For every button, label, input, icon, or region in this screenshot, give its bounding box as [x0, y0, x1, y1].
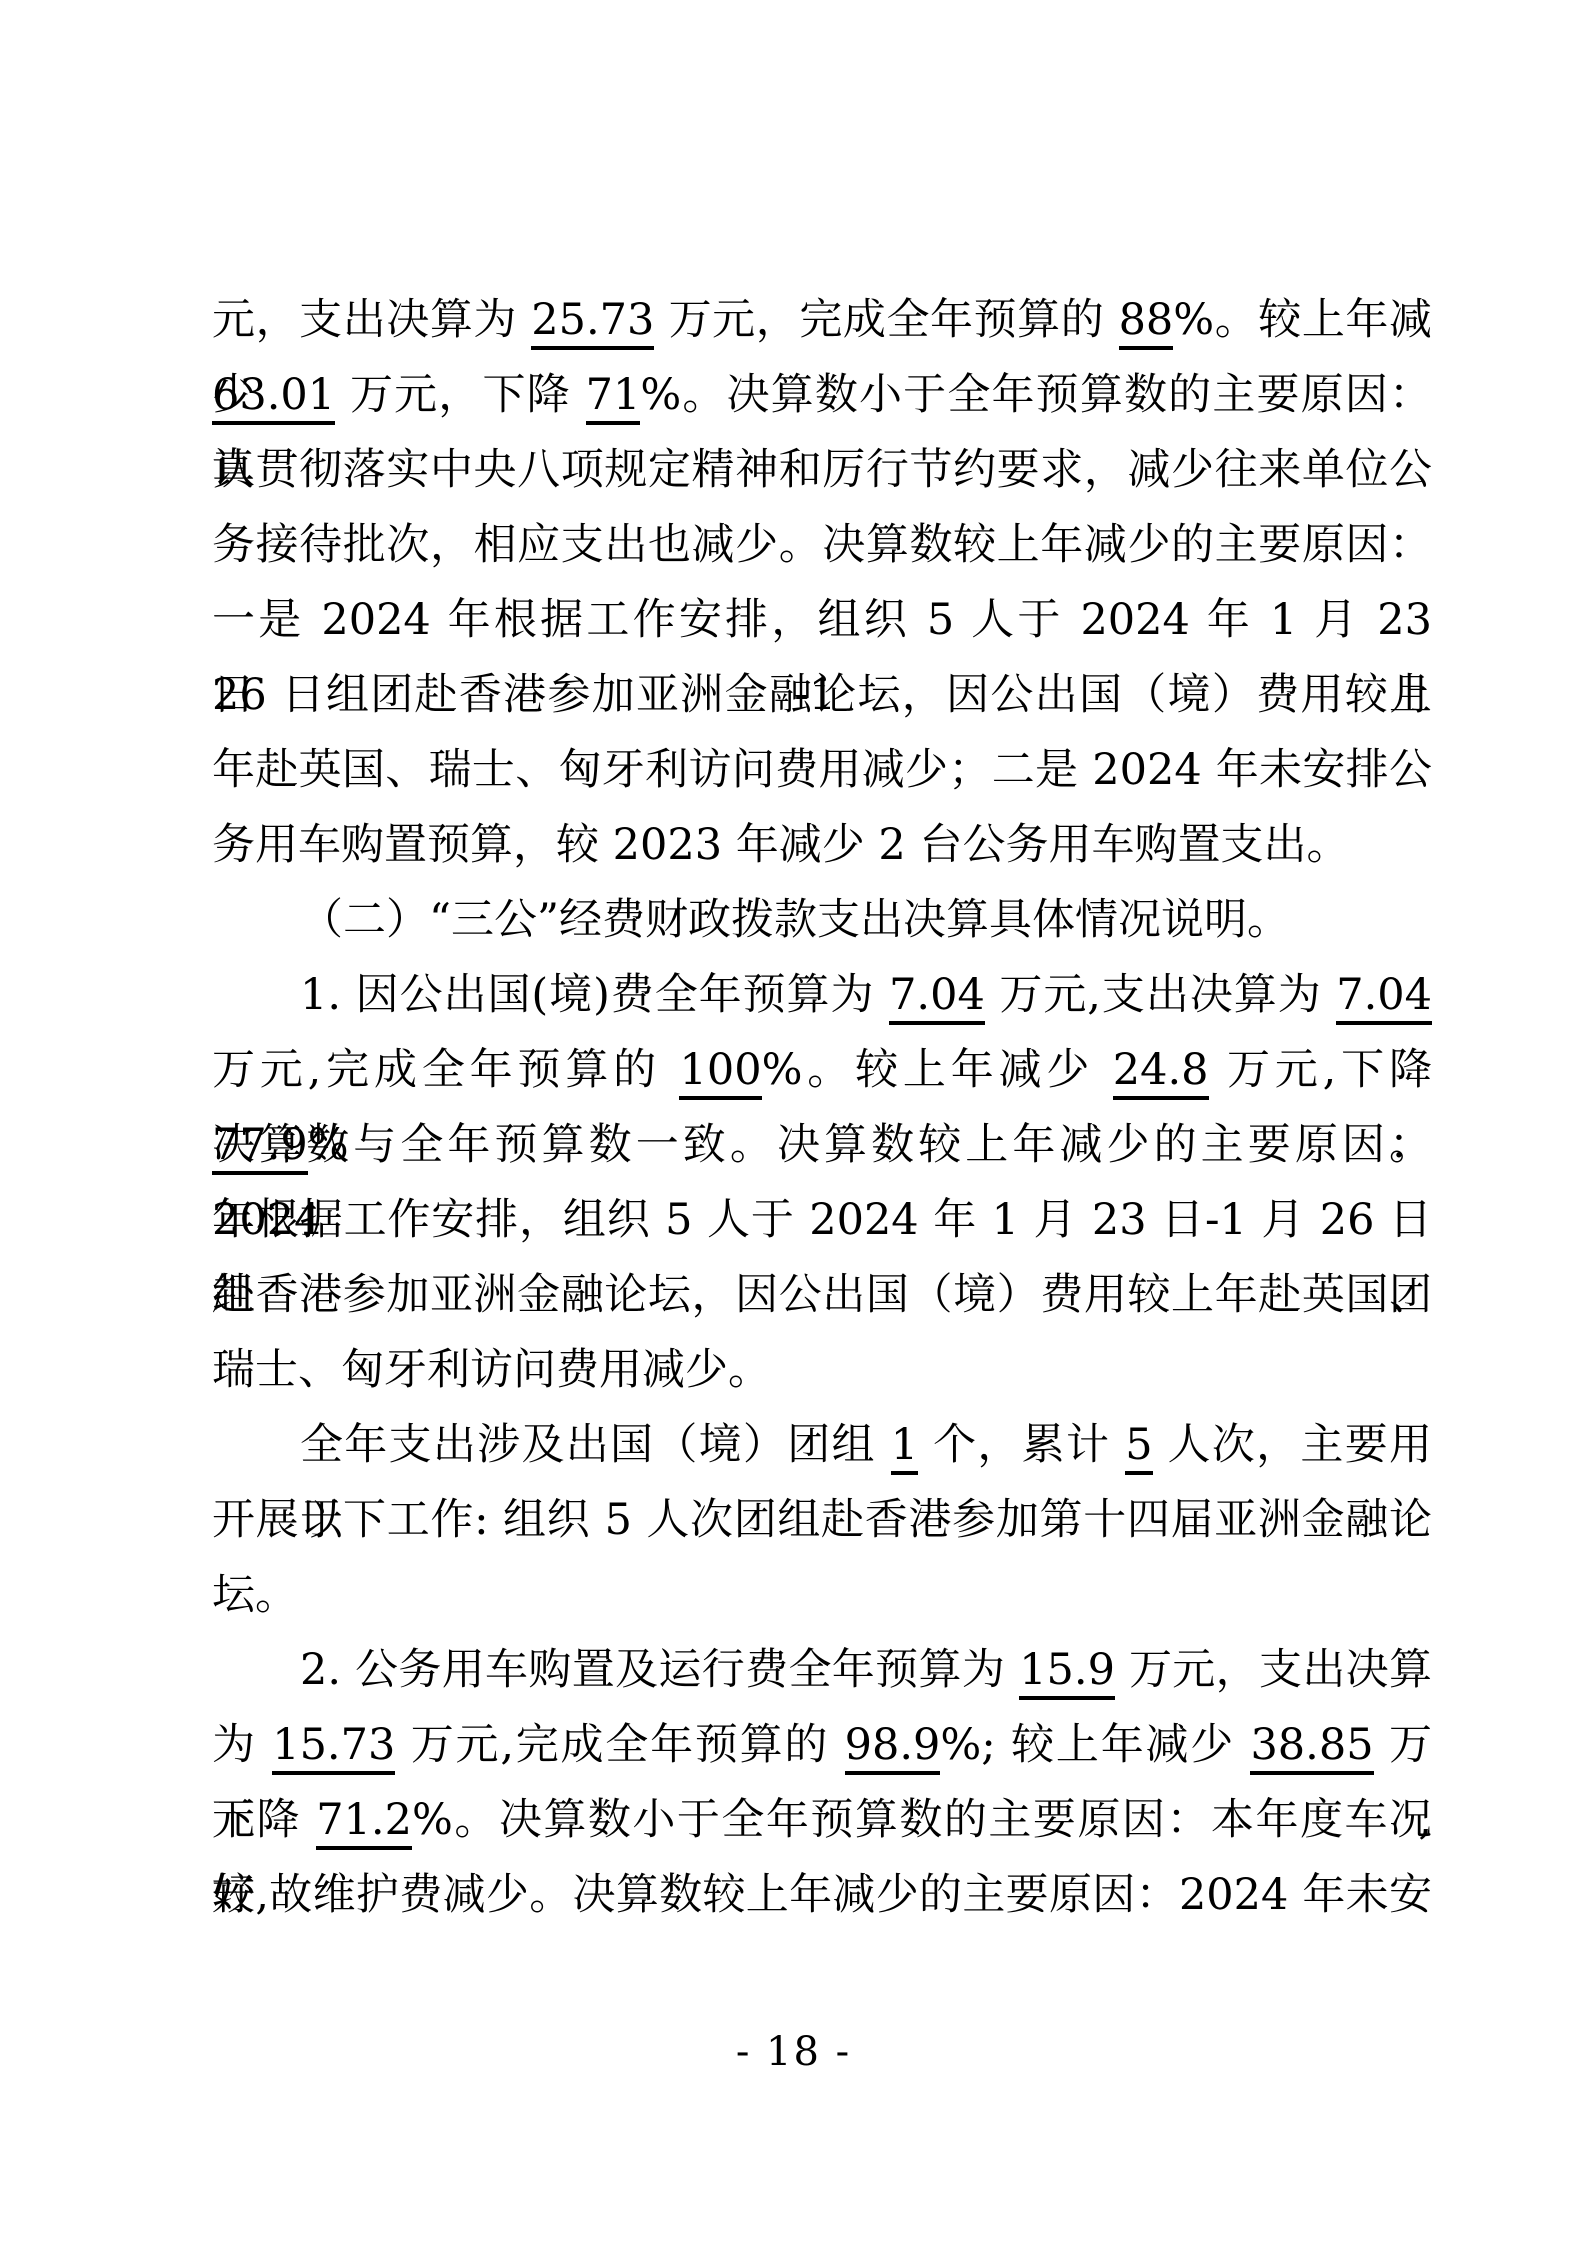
text-segment: 年赴英国、瑞士、匈牙利访问费用减少；二是 2024 年未安排公: [212, 745, 1432, 795]
underlined-value: 71.2: [316, 1795, 412, 1850]
text-line: 务接待批次，相应支出也减少。决算数较上年减少的主要原因：: [212, 508, 1432, 583]
text-segment: 元，支出决算为: [212, 295, 531, 345]
text-line: 务用车购置预算，较 2023 年减少 2 台公务用车购置支出。: [212, 808, 1432, 883]
text-line: 坛。: [212, 1558, 1432, 1633]
text-line: 26 日组团赴香港参加亚洲金融论坛，因公出国（境）费用较上: [212, 658, 1432, 733]
text-segment: 万元,完成全年预算的: [395, 1720, 844, 1770]
underlined-value: 5: [1125, 1420, 1152, 1475]
text-line: 开展以下工作: 组织 5 人次团组赴香港参加第十四届亚洲金融论: [212, 1483, 1432, 1558]
text-segment: 真贯彻落实中央八项规定精神和厉行节约要求，减少往来单位公: [212, 445, 1432, 495]
text-line: 一是 2024 年根据工作安排，组织 5 人于 2024 年 1 月 23 日-…: [212, 583, 1432, 658]
text-line: 下降 71.2%。决算数小于全年预算数的主要原因：本年度车况较: [212, 1783, 1432, 1858]
text-segment: 个，累计: [918, 1420, 1125, 1470]
text-segment: 万元,下降: [1209, 1045, 1433, 1095]
text-line: 2. 公务用车购置及运行费全年预算为 15.9 万元，支出决算: [212, 1633, 1432, 1708]
text-segment: 为: [212, 1720, 272, 1770]
document-body: 元，支出决算为 25.73 万元，完成全年预算的 88%。较上年减少63.01 …: [212, 283, 1432, 1933]
text-segment: 26 日组团赴香港参加亚洲金融论坛，因公出国（境）费用较上: [212, 670, 1432, 720]
text-segment: 下降: [212, 1795, 316, 1845]
text-line: 1. 因公出国(境)费全年预算为 7.04 万元,支出决算为 7.04: [212, 958, 1432, 1033]
text-segment: 瑞士、匈牙利访问费用减少。: [212, 1345, 771, 1395]
underlined-value: 24.8: [1113, 1045, 1209, 1100]
text-line: 万元,完成全年预算的 100%。较上年减少 24.8 万元,下降 77.9%。: [212, 1033, 1432, 1108]
text-segment: 1. 因公出国(境)费全年预算为: [300, 970, 889, 1020]
text-segment: 好,故维护费减少。决算数较上年减少的主要原因：2024 年未安: [212, 1870, 1432, 1920]
text-segment: 万元,完成全年预算的: [212, 1045, 679, 1095]
text-segment: 开展以下工作: 组织 5 人次团组赴香港参加第十四届亚洲金融论: [212, 1495, 1432, 1545]
text-line: 瑞士、匈牙利访问费用减少。: [212, 1333, 1432, 1408]
text-segment: 全年支出涉及出国（境）团组: [300, 1420, 891, 1470]
document-page: 元，支出决算为 25.73 万元，完成全年预算的 88%。较上年减少63.01 …: [0, 0, 1587, 2245]
text-segment: %; 较上年减少: [940, 1720, 1250, 1770]
underlined-value: 7.04: [1336, 970, 1432, 1025]
underlined-value: 38.85: [1250, 1720, 1373, 1775]
text-line: 63.01 万元，下降 71%。决算数小于全年预算数的主要原因：认: [212, 358, 1432, 433]
text-line: 年赴英国、瑞士、匈牙利访问费用减少；二是 2024 年未安排公: [212, 733, 1432, 808]
text-segment: 务用车购置预算，较 2023 年减少 2 台公务用车购置支出。: [212, 820, 1349, 870]
underlined-value: 15.9: [1019, 1645, 1115, 1700]
text-line: 元，支出决算为 25.73 万元，完成全年预算的 88%。较上年减少: [212, 283, 1432, 358]
underlined-value: 88: [1119, 295, 1174, 350]
underlined-value: 71: [586, 370, 641, 425]
text-segment: 务接待批次，相应支出也减少。决算数较上年减少的主要原因：: [212, 520, 1432, 570]
underlined-value: 25.73: [531, 295, 654, 350]
text-segment: 万元,支出决算为: [985, 970, 1336, 1020]
text-segment: 万元，完成全年预算的: [654, 295, 1118, 345]
text-segment: 赴香港参加亚洲金融论坛，因公出国（境）费用较上年赴英国、: [212, 1270, 1432, 1320]
page-footer: - 18 -: [0, 2022, 1587, 2082]
text-segment: 万元，支出决算: [1115, 1645, 1432, 1695]
text-segment: 2. 公务用车购置及运行费全年预算为: [300, 1645, 1019, 1695]
underlined-value: 98.9: [845, 1720, 941, 1775]
text-line: 好,故维护费减少。决算数较上年减少的主要原因：2024 年未安: [212, 1858, 1432, 1933]
text-line: 年根据工作安排，组织 5 人于 2024 年 1 月 23 日-1 月 26 日…: [212, 1183, 1432, 1258]
text-segment: （二）“三公”经费财政拨款支出决算具体情况说明。: [300, 895, 1290, 945]
underlined-value: 7.04: [889, 970, 985, 1025]
page-number: - 18 -: [736, 2029, 851, 2075]
text-line: （二）“三公”经费财政拨款支出决算具体情况说明。: [212, 883, 1432, 958]
underlined-value: 1: [891, 1420, 918, 1475]
text-line: 真贯彻落实中央八项规定精神和厉行节约要求，减少往来单位公: [212, 433, 1432, 508]
underlined-value: 63.01: [212, 370, 335, 425]
underlined-value: 15.73: [272, 1720, 395, 1775]
text-segment: 坛。: [212, 1570, 298, 1620]
text-line: 全年支出涉及出国（境）团组 1 个，累计 5 人次，主要用于: [212, 1408, 1432, 1483]
text-line: 决算数与全年预算数一致。决算数较上年减少的主要原因：2024: [212, 1108, 1432, 1183]
underlined-value: 100: [679, 1045, 761, 1100]
text-line: 赴香港参加亚洲金融论坛，因公出国（境）费用较上年赴英国、: [212, 1258, 1432, 1333]
text-segment: %。较上年减少: [762, 1045, 1113, 1095]
text-line: 为 15.73 万元,完成全年预算的 98.9%; 较上年减少 38.85 万元…: [212, 1708, 1432, 1783]
text-segment: 万元，下降: [335, 370, 586, 420]
